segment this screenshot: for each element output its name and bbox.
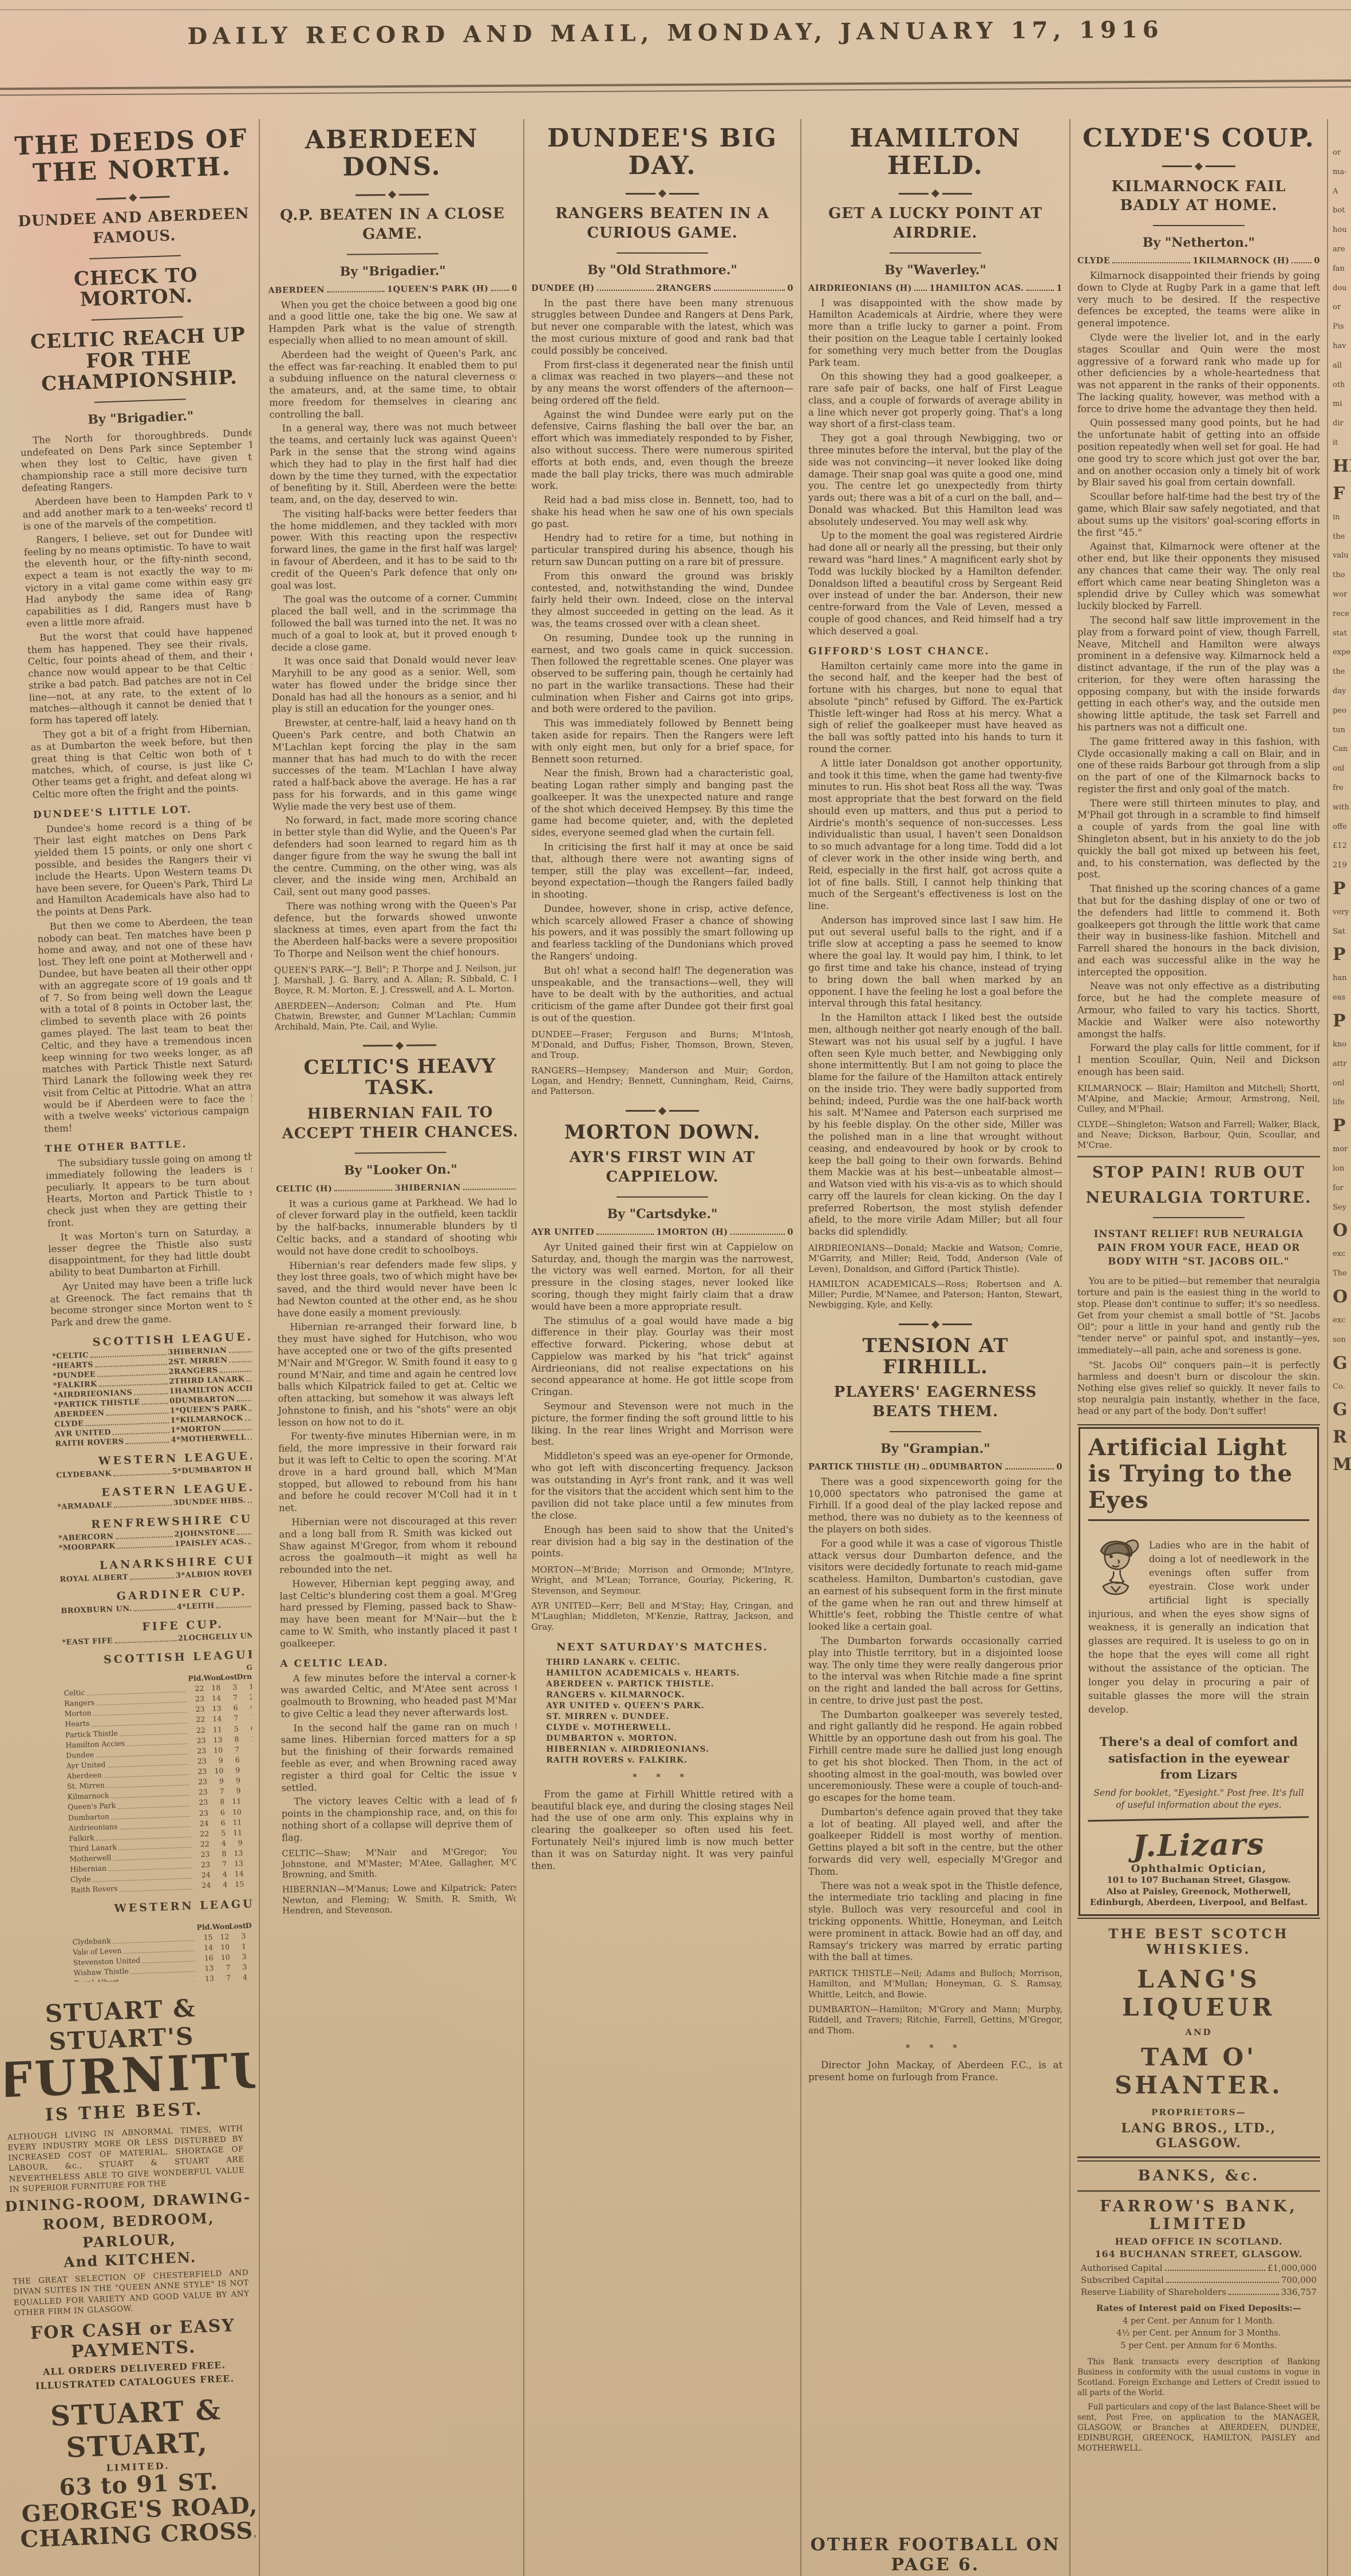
table-cell: 9 [226, 1838, 243, 1848]
table-cell: 7 [207, 1787, 224, 1797]
fixture-line: THIRD LANARK v. CELTIC. [546, 1658, 793, 1667]
body-paragraph: In the past there have been many strenuo… [531, 298, 793, 357]
table-col-header: Won. [212, 1921, 230, 1932]
body-paragraph: Aberdeen have been to Hampden Park to wi… [22, 489, 252, 533]
edge-fragment: in [1333, 508, 1351, 527]
body-paragraph: The victory leaves Celtic with a lead of… [281, 1794, 516, 1844]
ad-st-jacobs-oil: STOP PAIN! RUB OUTNEURALGIA TORTURE.INST… [1077, 1163, 1320, 1417]
article-deck: KILMARNOCK FAIL BADLY AT HOME. [1081, 177, 1317, 216]
table-cell: 4 [238, 1702, 252, 1713]
ad-subtitle: INSTANT RELIEF! RUB NEURALGIA PAIN FROM … [1080, 1227, 1318, 1269]
edge-fragment: The [1333, 1264, 1351, 1283]
dot-leader [1112, 262, 1190, 263]
table-cell: 4 [211, 1880, 228, 1891]
column-clydes-coup: CLYDE'S COUP.KILMARNOCK FAIL BADLY AT HO… [1077, 121, 1320, 2576]
dot-leader [1166, 2275, 1279, 2283]
ad-slogan: There's a deal of comfort and satisfacti… [1099, 1734, 1299, 1783]
dot-leader [85, 1422, 168, 1426]
table-cell: 24 [192, 1818, 209, 1829]
ornament-line-left [626, 1110, 655, 1112]
table-cell: 13 [226, 1848, 243, 1859]
table-cell: 13 [206, 1735, 223, 1745]
table-cell: 23 [191, 1777, 208, 1788]
article-headline: TENSION AT FIRHILL. [808, 1336, 1062, 1377]
dot-leader [116, 1536, 173, 1539]
edge-fragment: ma- [1333, 163, 1351, 182]
team-name: Falkirk [69, 1832, 94, 1844]
edge-fragment: 219 [1333, 856, 1351, 875]
edge-fragment: A [1333, 182, 1351, 202]
dot-leader [491, 290, 509, 291]
team-name: Clyde [70, 1874, 92, 1885]
edge-fragment: offe [1333, 817, 1351, 837]
edge-fragment: mi [1333, 394, 1351, 414]
column-aberdeen-dons: ABERDEEN DONS.Q.P. BEATEN IN A CLOSE GAM… [267, 121, 516, 2576]
section-ornament [11, 191, 252, 205]
edge-fragment: O [1333, 1283, 1351, 1311]
body-paragraph: But the worst that could have happened t… [27, 624, 252, 728]
away-score: 1 [1056, 283, 1062, 293]
table-cell: 23 [188, 1704, 205, 1715]
score-away: HAMILTON ACAS.1 [935, 283, 1062, 293]
dot-leader [597, 290, 654, 291]
dot-leader [1026, 290, 1054, 291]
ornament-diamond [388, 191, 396, 199]
table-cell: 13 [204, 1704, 222, 1714]
dot-leader [237, 1398, 252, 1401]
edge-fragment: bot [1333, 201, 1351, 220]
dot-leader [1291, 262, 1312, 263]
table-cell: 3 [247, 1961, 252, 1972]
capital-label: Reserve Liability of Shareholders [1081, 2287, 1226, 2297]
edge-fragment: eas [1333, 988, 1351, 1008]
dot-leader [714, 290, 785, 291]
home-score: 1 [929, 283, 935, 293]
ad-paragraph: ALTHOUGH LIVING IN ABNORMAL TIMES, WITH … [7, 2123, 245, 2195]
fixture-line: HAMILTON ACADEMICALS v. HEARTS. [546, 1669, 793, 1678]
edge-fragment: tho [1333, 566, 1351, 585]
ad-paragraph: "St. Jacobs Oil" conquers pain—it is per… [1077, 1360, 1320, 1417]
table-cell: 23 [189, 1735, 206, 1746]
table-cell: 6 [242, 1816, 252, 1827]
edge-fragment: M [1333, 1451, 1351, 1479]
section-title: BANKS, &c. [1077, 2167, 1320, 2184]
dot-leader [106, 1412, 168, 1416]
body-paragraph: That finished up the scoring chances of … [1077, 883, 1320, 978]
capital-amount: £1,000,000 [1267, 2263, 1317, 2273]
column-rule [800, 119, 801, 2576]
away-team: RANGERS [662, 283, 712, 293]
edge-fragment: are [1333, 240, 1351, 259]
table-cell: 22 [188, 1714, 206, 1725]
home-score: 1 [170, 1406, 176, 1415]
dot-leader [216, 1605, 252, 1609]
dot-leader [134, 1393, 167, 1395]
edge-fragment: F [1333, 480, 1351, 508]
dot-leader [334, 1190, 392, 1191]
team-name: Morton [64, 1708, 92, 1720]
score-away: DUNDEE HIBS.0 [179, 1494, 252, 1507]
ornament-line-left [355, 194, 385, 196]
home-score: 2 [168, 1358, 174, 1366]
table-col-header: Lost. [220, 1672, 237, 1682]
bank-name: FARROW'S BANK, LIMITED [1077, 2198, 1320, 2233]
score-home: CLYDE1 [1077, 256, 1199, 266]
capital-amount: 700,000 [1281, 2275, 1317, 2285]
home-team: AYR UNITED [531, 1227, 594, 1237]
edge-fragment: Pis [1333, 317, 1351, 337]
away-team: *ALBION ROVERS [181, 1568, 252, 1580]
score-line: CELTIC (H)3HIBERNIAN1 [276, 1182, 516, 1194]
dot-leader [126, 1441, 169, 1444]
article-headline: HAMILTON HELD. [808, 125, 1062, 179]
fixture-line: RANGERS v. KILMARNOCK. [546, 1690, 793, 1700]
dot-leader [95, 1364, 167, 1367]
byline: By "Brigadier." [268, 263, 516, 280]
home-score: 1 [170, 1416, 176, 1425]
body-paragraph: But oh! what a second half! The degenera… [531, 965, 793, 1025]
away-team: DUNDEE HIBS. [179, 1496, 246, 1507]
body-paragraph: In the second half the game ran on much … [281, 1721, 516, 1794]
table-col-header: Pld. [196, 1922, 213, 1933]
home-team: *EAST FIFE [62, 1637, 113, 1647]
table-cell: 23 [188, 1694, 205, 1705]
home-score: 1 [387, 285, 393, 294]
dot-leader [246, 1379, 252, 1382]
top-edge-rule [0, 9, 1351, 10]
away-team: *QUEEN'S PARK [175, 1404, 247, 1415]
score-home: AIRDRIEONIANS (H)1 [808, 283, 935, 293]
edge-fragment: onl [1333, 1074, 1351, 1093]
team-name: Aberdeen [66, 1770, 102, 1781]
table-cell: 4 [240, 1764, 252, 1775]
edge-fragment: it [1333, 433, 1351, 453]
article-headline: ABERDEEN DONS. [267, 125, 516, 181]
ad-farrows-bank: BANKS, &c.FARROW'S BANK, LIMITEDHEAD OFF… [1077, 2167, 1320, 2454]
table-col-header: Drn. [245, 1920, 252, 1931]
body-paragraph: Director John Mackay, of Aberdeen F.C., … [808, 2060, 1062, 2084]
dot-leader [922, 1468, 927, 1469]
home-team: DUNDEE (H) [531, 283, 595, 293]
score-away: RANGERS0 [662, 283, 793, 293]
table-cell: 18 [204, 1683, 221, 1694]
ad-paragraph: Full particulars and copy of the last Ba… [1077, 2403, 1320, 2454]
table-cell: 23 [191, 1787, 208, 1798]
body-paragraph: The game frittered away in this fashion,… [1077, 736, 1320, 796]
body-paragraph: Neave was not only effective as a distri… [1077, 981, 1320, 1040]
edge-fragment: Co. [1333, 1377, 1351, 1397]
ad-line: PROPRIETORS— [1077, 2107, 1320, 2117]
ad-body-row: Ladies who are in the habit of doing a l… [1088, 1529, 1309, 1726]
home-team: CLYDE [54, 1420, 84, 1429]
section-ornament [275, 1042, 516, 1050]
score-line: DUNDEE (H)2RANGERS0 [531, 283, 793, 293]
body-paragraph: Dundee's home record is a thing of beaut… [33, 816, 252, 919]
home-score: 0 [929, 1462, 935, 1472]
capital-amount: 336,757 [1281, 2287, 1317, 2297]
body-paragraph: They got a goal through Newbigging, two … [808, 433, 1062, 528]
table-cell: 3 [220, 1682, 238, 1693]
table-cell: 1 [243, 1847, 252, 1858]
dot-leader [248, 1542, 252, 1544]
dot-leader [123, 1950, 195, 1953]
edge-fragment: or [1333, 143, 1351, 163]
edge-fragment: valu [1333, 546, 1351, 566]
section-ornament [531, 1108, 793, 1114]
table-cell: 8 [208, 1797, 225, 1808]
table-cell: 7 [221, 1693, 238, 1704]
body-paragraph: Rangers, I believe, set out for Dundee w… [23, 527, 252, 630]
home-team: *ABERCORN [58, 1532, 114, 1543]
body-paragraph: Dumbarton's defence again proved that th… [808, 1807, 1062, 1878]
score-home: CELTIC (H)3 [276, 1183, 401, 1194]
capital-row: Authorised Capital£1,000,000 [1081, 2263, 1317, 2273]
away-team: DUMBARTON [175, 1394, 235, 1405]
body-paragraph: The second half saw little improvement i… [1077, 615, 1320, 734]
table-cell: 7 [240, 1785, 252, 1796]
home-team: *DUNDEE [53, 1370, 96, 1381]
table-cell: 6 [223, 1755, 240, 1765]
away-team: JOHNSTONE [180, 1528, 236, 1538]
table-cell: 14 [205, 1714, 222, 1725]
ornament-line-left [1162, 165, 1192, 167]
fixture-line: DUMBARTON v. MORTON. [546, 1734, 793, 1743]
table-cell: 4 [210, 1870, 227, 1880]
table-cell: 7 [222, 1713, 239, 1724]
edge-fragment: hav [1333, 337, 1351, 356]
table-cell: 23 [193, 1860, 211, 1871]
section-ornament [267, 191, 516, 199]
home-team: AYR UNITED [54, 1428, 111, 1439]
ad-note: Send for booklet, "Eyesight." Post free.… [1088, 1787, 1309, 1811]
home-team: ABERDEEN [54, 1409, 104, 1419]
table-cell: 1 [237, 1682, 252, 1693]
home-team: *ARMADALE [57, 1501, 113, 1511]
home-score: 2 [169, 1377, 175, 1386]
ornament-line-right [399, 193, 429, 195]
dot-leader [117, 1805, 189, 1808]
dot-leader [120, 1888, 193, 1891]
ornament-line-left [899, 193, 929, 195]
table-cell: 3 [246, 1951, 252, 1962]
sub-heading: A CELTIC LEAD. [280, 1656, 516, 1669]
home-team: BROXBURN UN. [61, 1605, 132, 1615]
table-col-header: Won. [203, 1672, 220, 1683]
table-cell: 14 [204, 1693, 222, 1704]
table-cell: 0 [246, 1930, 252, 1941]
dot-leader [118, 1847, 191, 1850]
ad-title-line: STOP PAIN! RUB OUT [1077, 1163, 1320, 1183]
body-paragraph: Anderson has improved since last I saw h… [808, 915, 1062, 1010]
away-team: ST. MIRREN [173, 1356, 228, 1366]
double-rule [1077, 2156, 1320, 2162]
body-paragraph: Against the wind Dundee were early put o… [531, 409, 793, 492]
dot-leader [97, 1373, 167, 1377]
ornament-diamond [129, 193, 137, 202]
edge-fragment: Sey [1333, 1198, 1351, 1218]
ad-product-line: FURNITURE [6, 2048, 248, 2103]
table-cell: 6 [221, 1703, 238, 1714]
body-paragraph: Hamilton certainly came more into the ga… [808, 661, 1062, 756]
score-away: HIBERNIAN1 [401, 1182, 516, 1193]
body-paragraph: Scoullar before half-time had the best t… [1077, 491, 1320, 539]
brand-name: TAM O' SHANTER. [1077, 2043, 1320, 2099]
body-paragraph: The North for thoroughbreds. Dundee, und… [20, 427, 252, 495]
body-paragraph: Brewster, at centre-half, laid a heavy h… [272, 716, 516, 813]
body-paragraph: There was nothing wrong with the Queen's… [274, 899, 516, 961]
table-cell: 6 [208, 1818, 226, 1828]
dot-leader [127, 1743, 187, 1746]
dot-leader [90, 1354, 166, 1358]
body-paragraph: In the Hamilton attack I liked best the … [808, 1012, 1062, 1238]
table-cell: 3 [243, 1858, 252, 1869]
body-paragraph: The goal was the outcome of a corner. Cu… [271, 592, 516, 654]
away-team: *DUMBARTON HARP [177, 1464, 252, 1476]
team-list: QUEEN'S PARK—"J. Bell"; P. Thorpe and J.… [274, 963, 516, 997]
divider-rule [1153, 225, 1245, 226]
ornament-line-left [363, 1045, 393, 1046]
rates-title: Rates of Interest paid on Fixed Deposits… [1077, 2303, 1320, 2313]
away-team: *KILMARNOCK [176, 1414, 243, 1425]
ad-headline: Artificial Light is Trying to the Eyes [1088, 1435, 1309, 1521]
article-headline: CELTIC'S HEAVY TASK. [275, 1056, 516, 1100]
body-paragraph: It was Morton's turn on Saturday, and in… [48, 1223, 252, 1279]
body-paragraph: In a general way, there was not much bet… [270, 421, 516, 506]
team-list: DUNDEE—Fraser; Ferguson and Burns; M'Int… [531, 1029, 793, 1061]
dot-leader [245, 1418, 252, 1421]
away-score: 0 [1314, 256, 1320, 266]
asterisk-divider: * * * [531, 1772, 793, 1782]
dot-leader [113, 1432, 169, 1435]
article-headline: THE DEEDS OF THE NORTH. [9, 125, 252, 188]
table-cell: 3 [230, 1962, 247, 1973]
score-away: LOCHGELLY UN.1 [183, 1630, 252, 1642]
table-cell: 11 [224, 1796, 242, 1807]
body-paragraph: Hibernian were not discouraged at this r… [279, 1515, 516, 1577]
byline: By "Brigadier." [19, 406, 252, 430]
body-paragraph: For a good while it was a case of vigoro… [808, 1538, 1062, 1633]
edge-fragment: hou [1333, 220, 1351, 240]
byline: By "Cartsdyke." [531, 1207, 793, 1222]
team-list: KILMARNOCK — Blair; Hamilton and Mitchel… [1077, 1083, 1320, 1115]
away-team: *LEITH [182, 1602, 215, 1611]
edge-fragment: peo [1333, 701, 1351, 721]
ad-title: THE BEST SCOTCH WHISKIES. [1077, 1926, 1320, 1957]
team-list: CELTIC—Shaw; M'Nair and M'Gregor; Young,… [282, 1846, 516, 1880]
home-score: 1 [171, 1426, 176, 1435]
table-cell: 24 [194, 1880, 211, 1891]
table-cell: 5 [243, 1868, 252, 1879]
ornament-line-right [942, 193, 972, 195]
capital-row: Reserve Liability of Shareholders336,757 [1081, 2287, 1317, 2297]
table-cell: 23 [189, 1745, 207, 1756]
edge-fragment: with [1333, 798, 1351, 817]
table-cell: 7 [214, 1973, 231, 1982]
team-name: Ayr United [66, 1760, 106, 1772]
edge-fragment: very [1333, 903, 1351, 922]
table-cell: 23 [191, 1797, 208, 1808]
edge-fragment: lon [1333, 1159, 1351, 1179]
ad-address: Also at Paisley, Greenock, Motherwell, E… [1088, 1886, 1309, 1909]
dot-leader [142, 1961, 195, 1963]
divider-rule [347, 253, 439, 255]
team-name: Clydebank [72, 1935, 111, 1947]
team-name: Celtic [64, 1688, 85, 1698]
column-rule [1069, 119, 1070, 2576]
edge-fragment: tun [1333, 721, 1351, 740]
table-cell: 23 [193, 1849, 210, 1860]
away-team: DUMBARTON [935, 1462, 1003, 1472]
byline: By "Looker On." [276, 1161, 516, 1179]
divider-rule [617, 252, 708, 254]
table-cell: 10 [207, 1766, 224, 1777]
body-paragraph: The Dumbarton goalkeeper was severely te… [808, 1709, 1062, 1804]
dot-leader [597, 1234, 654, 1235]
score-home: DUNDEE (H)2 [531, 283, 662, 293]
body-paragraph: But then we come to Aberdeen, the team t… [37, 913, 252, 1136]
article-headline: CLYDE'S COUP. [1077, 125, 1320, 152]
score-home: ROYAL ALBERT3 [60, 1571, 181, 1584]
body-paragraph: Up to the moment the goal was registered… [808, 530, 1062, 637]
section-ornament [531, 191, 793, 196]
dot-leader [114, 1640, 176, 1643]
article-deck: PLAYERS' EAGERNESS BEATS THEM. [812, 1383, 1059, 1422]
body-paragraph: This was immediately followed by Bennett… [531, 718, 793, 765]
edge-fragment: the [1333, 662, 1351, 682]
table-cell: 6 [238, 1723, 252, 1734]
home-team: CELTIC (H) [276, 1184, 332, 1194]
body-paragraph: Dundee, however, shone in crisp, active … [531, 903, 793, 963]
body-paragraph: Clyde were the livelier lot, and in the … [1077, 332, 1320, 415]
table-cell: 15 [196, 1932, 213, 1943]
table-cell: 5 [209, 1828, 226, 1839]
team-name: St. Mirren [67, 1780, 105, 1792]
ad-paragraph: You are to be pitied—but remember that n… [1077, 1275, 1320, 1356]
score-away: DUMBARTON0 [935, 1462, 1062, 1472]
brand-name: LANG'S LIQUEUR [1077, 1965, 1320, 2021]
column-dundees-big-day: DUNDEE'S BIG DAY.RANGERS BEATEN IN A CUR… [531, 121, 793, 2576]
team-name: Hibernian [70, 1863, 106, 1875]
table-cell: 2 [238, 1692, 252, 1703]
article-headline: CHECK TO MORTON. [14, 262, 252, 313]
away-team: KILMARNOCK (H) [1199, 256, 1289, 266]
away-team: *MORTON [176, 1424, 221, 1435]
ornament-line-left [899, 1323, 929, 1325]
column-rule [259, 119, 260, 2576]
score-home: BROXBURN UN.4 [61, 1603, 182, 1615]
edge-fragment: P [1333, 875, 1351, 903]
body-paragraph: When you get the choice between a good b… [268, 298, 516, 347]
table-cell: 4 [231, 1972, 248, 1982]
away-score: 0 [787, 1227, 793, 1237]
body-paragraph: However, Hibernian kept pegging away, an… [279, 1577, 516, 1650]
table-cell: 3 [230, 1951, 247, 1962]
article-headline: CELTIC REACH UP FOR THE CHAMPIONSHIP. [16, 324, 252, 396]
team-list: RANGERS—Hempsey; Manderson and Muir; Gor… [531, 1065, 793, 1097]
divider-rule [1077, 1156, 1320, 1157]
table-cell: 14 [196, 1942, 214, 1953]
table-cell: 9 [224, 1786, 241, 1797]
column-rule [523, 119, 524, 2576]
table-cell: 8 [239, 1754, 252, 1765]
ad-lizars-optician: Artificial Light is Trying to the EyesLa… [1079, 1427, 1319, 1915]
body-paragraph: Hibernian's rear defenders made few slip… [276, 1258, 516, 1319]
body-paragraph: Enough has been said to show that the Un… [531, 1524, 793, 1560]
home-score: 1 [656, 1227, 662, 1237]
score-away: *ALBION ROVERS2 [181, 1567, 252, 1579]
home-score: 0 [169, 1397, 175, 1405]
body-paragraph: No forward, in fact, made more scoring c… [273, 813, 516, 898]
